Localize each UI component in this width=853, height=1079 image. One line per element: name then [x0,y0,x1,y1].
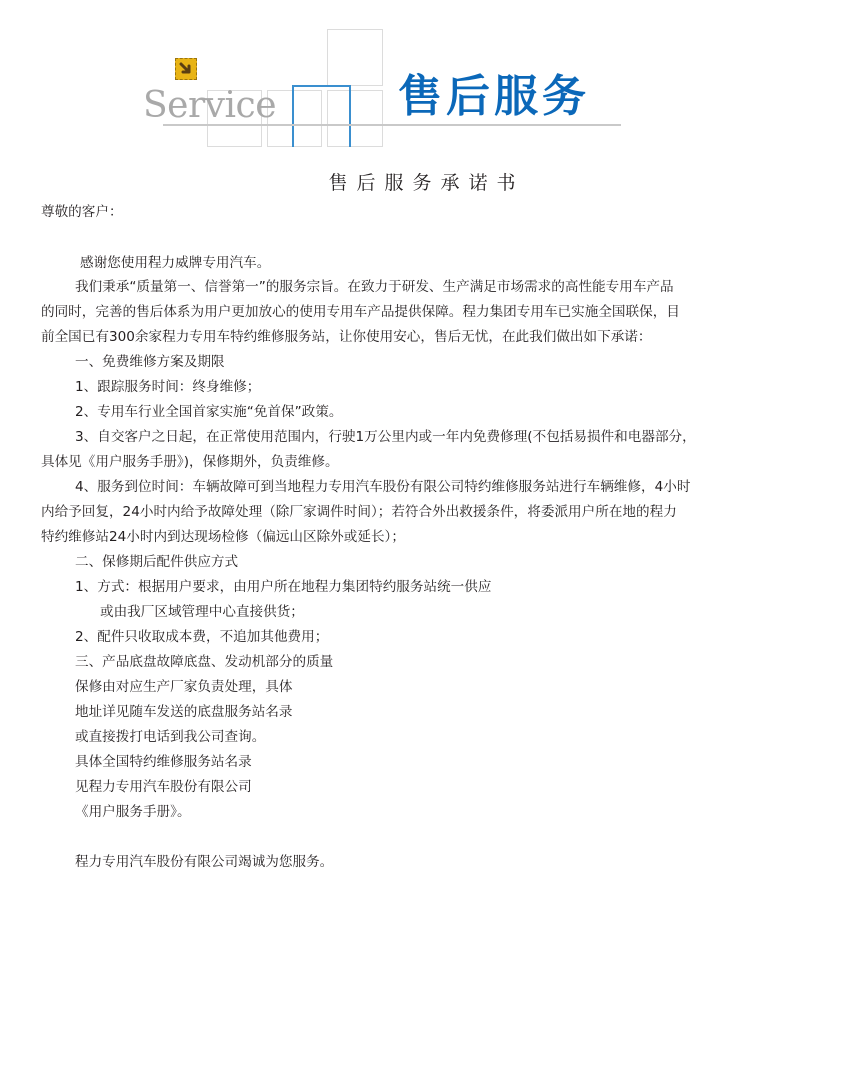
service-banner: Service 售后服务 [0,0,853,160]
paragraph-line: 保修由对应生产厂家负责处理，具体 [75,677,293,697]
paragraph-line: 感谢您使用程力威牌专用汽车。 [80,253,270,273]
list-item: 2、专用车行业全国首家实施“免首保”政策。 [75,402,342,422]
section-heading: 一、免费维修方案及期限 [75,352,225,372]
section-heading: 三、产品底盘故障底盘、发动机部分的质量 [75,652,333,672]
list-item: 2、配件只收取成本费，不追加其他费用； [75,627,328,647]
banner-grid-box [327,29,383,86]
paragraph-line: 或直接拨打电话到我公司查询。 [75,727,265,747]
document-title: 售后服务承诺书 [0,170,853,196]
list-item-continued: 特约维修站24小时内到达现场检修（偏远山区除外或延长）； [41,527,405,547]
paragraph-line: 具体全国特约维修服务站名录 [75,752,252,772]
banner-title: 售后服务 [398,70,590,124]
paragraph-line: 地址详见随车发送的底盘服务站名录 [75,702,293,722]
paragraph-line: 前全国已有300余家程力专用车特约维修服务站，让你使用安心，售后无忧，在此我们做… [41,327,651,347]
paragraph-line: 见程力专用汽车股份有限公司 [75,777,252,797]
list-item-continued: 内给予回复，24小时内给予故障处理（除厂家调件时间）；若符合外出救援条件，将委派… [41,502,677,522]
salutation: 尊敬的客户： [41,202,123,222]
list-item: 1、方式：根据用户要求，由用户所在地程力集团特约服务站统一供应 [75,577,491,597]
paragraph-line: 我们秉承“质量第一、信誉第一”的服务宗旨。在致力于研发、生产满足市场需求的高性能… [75,277,753,297]
paragraph-line: 《用户服务手册》。 [75,802,191,822]
paragraph-line: 的同时，完善的售后体系为用户更加放心的使用专用车产品提供保障。程力集团专用车已实… [41,302,680,322]
banner-blue-frame [292,85,351,147]
list-item: 4、服务到位时间：车辆故障可到当地程力专用汽车股份有限公司特约维修服务站进行车辆… [75,477,690,497]
list-item-continued: 具体见《用户服务手册》)，保修期外，负责维修。 [41,452,339,472]
closing-line: 程力专用汽车股份有限公司竭诚为您服务。 [75,852,333,872]
section-heading: 二、保修期后配件供应方式 [75,552,238,572]
banner-service-word: Service [143,86,276,126]
list-item: 1、跟踪服务时间：终身维修； [75,377,260,397]
arrow-down-right-icon [175,58,197,80]
list-item-continued: 或由我厂区域管理中心直接供货； [100,602,304,622]
list-item: 3、自交客户之日起，在正常使用范围内，行驶1万公里内或一年内免费修理(不包括易损… [75,427,696,447]
